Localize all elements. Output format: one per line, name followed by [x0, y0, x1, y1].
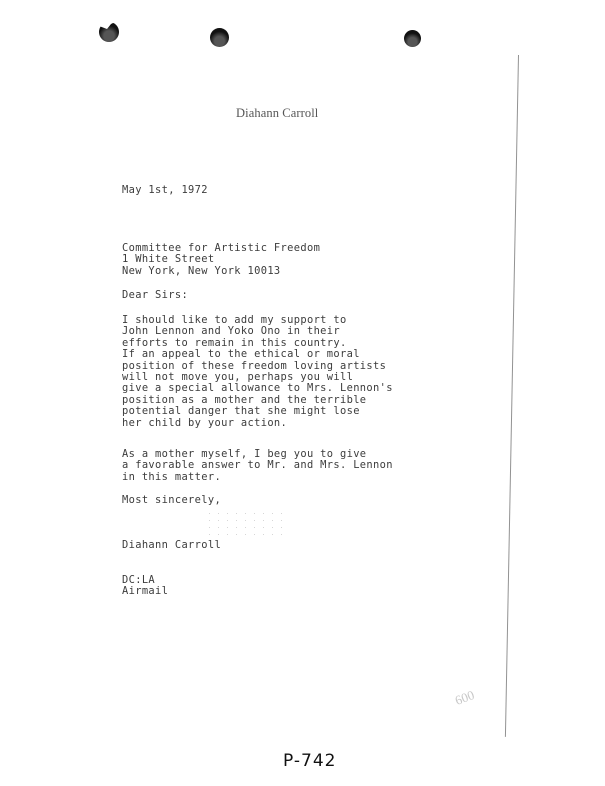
letter-date: May 1st, 1972	[122, 185, 208, 196]
salutation: Dear Sirs:	[122, 290, 188, 301]
margin-note: 600	[453, 687, 477, 709]
page-edge-line	[505, 55, 519, 737]
punch-hole-center	[210, 28, 229, 47]
body-line: in this matter.	[122, 472, 393, 483]
body-line: potential danger that she might lose	[122, 406, 393, 417]
reference-initials: DC:LA Airmail	[122, 575, 168, 598]
punch-hole-right	[404, 30, 421, 47]
recipient-line: New York, New York 10013	[122, 266, 320, 277]
reference-line: Airmail	[122, 586, 168, 597]
body-line: If an appeal to the ethical or moral	[122, 349, 393, 360]
handwritten-page-number: P-742	[283, 751, 336, 771]
letterhead-name: Diahann Carroll	[236, 106, 318, 121]
body-paragraph-1: I should like to add my support to John …	[122, 315, 393, 429]
body-line: her child by your action.	[122, 418, 393, 429]
typed-signature: Diahann Carroll	[122, 540, 221, 551]
closing: Most sincerely,	[122, 495, 221, 506]
faint-signature-marks	[205, 510, 285, 540]
punch-hole-left	[99, 22, 119, 42]
body-paragraph-2: As a mother myself, I beg you to give a …	[122, 449, 393, 483]
recipient-address: Committee for Artistic Freedom 1 White S…	[122, 243, 320, 277]
